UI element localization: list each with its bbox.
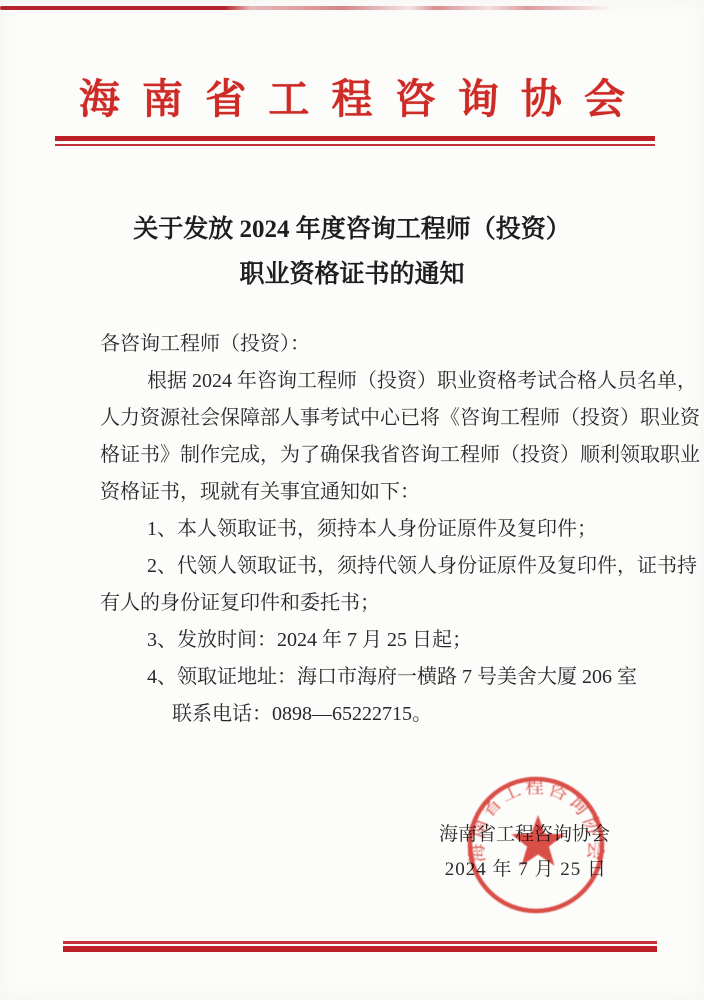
notice-body-line: 格证书》制作完成，为了确保我省咨询工程师（投资）顺利领取职业 (100, 437, 622, 474)
notice-body-line: 根据 2024 年咨询工程师（投资）职业资格考试合格人员名单， (100, 363, 622, 400)
footer-divider-thick-rule (63, 946, 657, 952)
notice-body-line: 人力资源社会保障部人事考试中心已将《咨询工程师（投资）职业资 (100, 400, 622, 437)
notice-body-line: 联系电话：0898—65222715。 (100, 696, 622, 733)
notice-body-line: 4、领取证地址：海口市海府一横路 7 号美舍大厦 206 室 (100, 659, 622, 696)
notice-body-line: 1、本人领取证书，须持本人身份证原件及复印件； (100, 511, 622, 548)
letterhead-divider-thin-rule (55, 144, 655, 146)
letterhead-divider (55, 136, 655, 146)
scan-top-edge-line (0, 6, 660, 10)
notice-body-line: 3、发放时间：2024 年 7 月 25 日起； (100, 622, 622, 659)
notice-body: 各咨询工程师（投资）：根据 2024 年咨询工程师（投资）职业资格考试合格人员名… (100, 326, 622, 733)
signature-block: 海南省工程咨询协会 2024 年 7 月 25 日 (439, 817, 610, 887)
notice-body-line: 资格证书，现就有关事宜通知如下： (100, 474, 622, 511)
notice-body-line: 有人的身份证复印件和委托书； (100, 585, 622, 622)
signature-org-name: 海南省工程咨询协会 (439, 817, 610, 852)
notice-title-line2: 职业资格证书的通知 (60, 252, 644, 297)
notice-title: 关于发放 2024 年度咨询工程师（投资） 职业资格证书的通知 (60, 207, 644, 297)
scanned-notice-page: 海南省工程咨询协会 关于发放 2024 年度咨询工程师（投资） 职业资格证书的通… (0, 0, 704, 1000)
notice-body-line: 2、代领人领取证书，须持代领人身份证原件及复印件，证书持 (100, 548, 622, 585)
letterhead-org-title: 海南省工程咨询协会 (0, 66, 704, 125)
notice-body-line: 各咨询工程师（投资）： (100, 326, 622, 363)
footer-divider (63, 941, 657, 952)
signature-date: 2024 年 7 月 25 日 (439, 852, 610, 887)
notice-title-line1: 关于发放 2024 年度咨询工程师（投资） (60, 207, 644, 252)
